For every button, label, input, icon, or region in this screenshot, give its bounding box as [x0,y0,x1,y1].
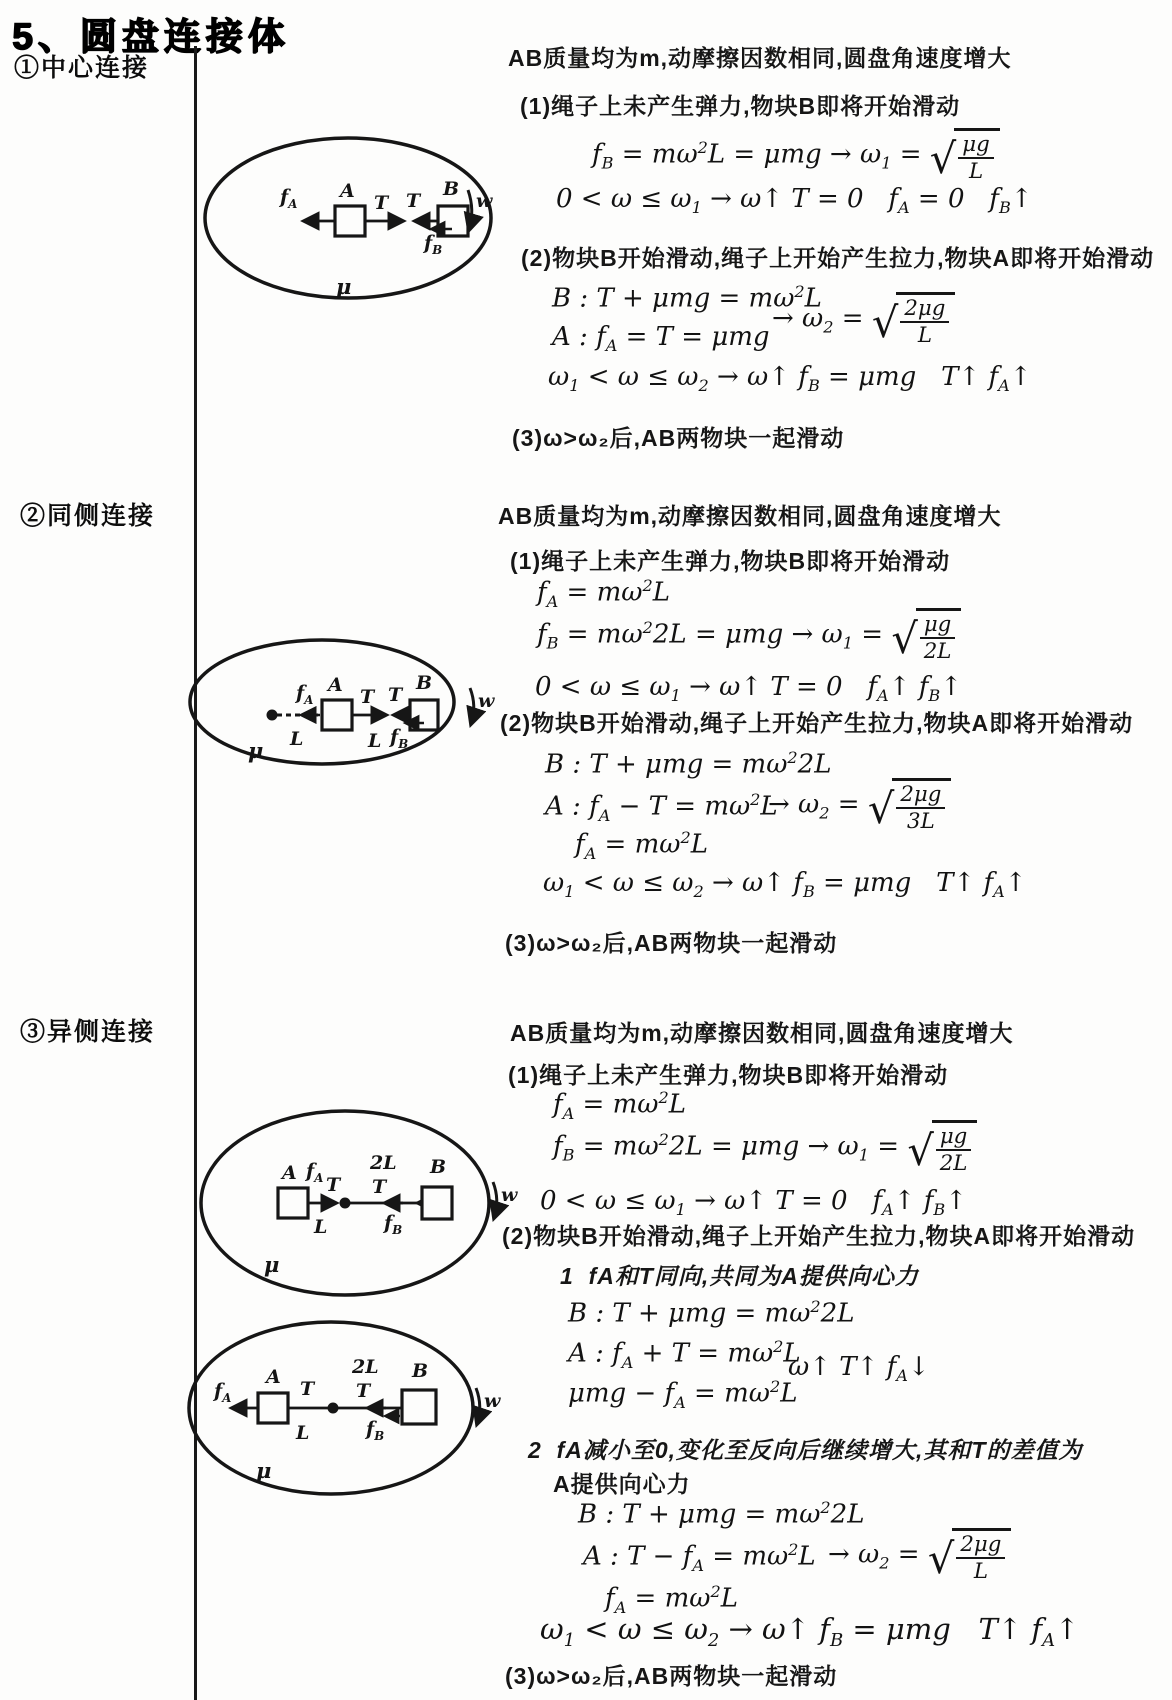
s2-eqW2: → ω2 = √2μg3L [768,778,951,833]
s2-step2: (2)物块B开始滑动,绳子上开始产生拉力,物块A即将开始滑动 [500,705,1133,738]
s2-header: AB质量均为m,动摩擦因数相同,圆盘角速度增大 [498,498,1001,531]
label-radius-l1: L [290,728,303,750]
label-tension-1: T [300,1378,314,1400]
disc-center-dot [328,1403,339,1414]
label-friction-a: fA [280,186,297,211]
s3-case2-eqB: B : T + μmg = mω22L [578,1498,864,1530]
label-block-a: A [340,180,355,202]
s3-eq3: 0 < ω ≤ ω1 → ω↑ T = 0 fA↑ fB↑ [540,1186,967,1219]
label-block-b: B [443,178,459,200]
label-friction-a: fA [306,1160,323,1185]
label-tension-2: T [356,1380,370,1402]
label-radius-l: L [314,1216,327,1238]
label-friction-b: fB [390,726,408,751]
omega-rotation-arrow [470,688,474,724]
label-radius-l2: L [368,730,381,752]
s3-header: AB质量均为m,动摩擦因数相同,圆盘角速度增大 [510,1015,1013,1048]
s1-step1: (1)绳子上未产生弹力,物块B即将开始滑动 [520,88,960,121]
s3-case1-eqB: B : T + μmg = mω22L [568,1297,854,1329]
label-radius-l: L [296,1422,309,1444]
label-tension-2: T [388,684,402,706]
s3-case1: 1 fA和T同向,共同为A提供向心力 [560,1258,919,1291]
disc-diagram-center-connection: A B fA T T fB μ w [196,128,506,308]
label-friction-a: fA [214,1380,231,1405]
label-friction-coefficient: μ [248,738,263,763]
label-radius-2l: 2L [352,1356,379,1378]
disc-diagram-opposite-side-2: fA A T 2L T B fB L μ w [186,1320,498,1502]
s1-eq3: ω1 < ω ≤ ω2 → ω↑ fB = μmg T↑ fA↑ [548,362,1032,395]
label-friction-b: fB [366,1418,384,1443]
label-angular-velocity: w [478,690,494,712]
block-a [322,700,352,730]
omega-rotation-arrow [493,1182,497,1218]
s2-step1: (1)绳子上未产生弹力,物块B即将开始滑动 [510,543,950,576]
disc-diagram-opposite-side-1: A fA T 2L T B fB L μ w [198,1108,510,1304]
label-angular-velocity: w [476,190,492,212]
label-friction-b: fB [424,232,442,257]
s3-eq1: fA = mω2L [553,1088,686,1123]
s3-case2-W2: → ω2 = √2μgL [828,1528,1011,1583]
block-b [422,1187,452,1219]
s2-eq4: ω1 < ω ≤ ω2 → ω↑ fB = μmg T↑ fA↑ [543,868,1027,901]
s3-step3: (3)ω>ω₂后,AB两物块一起滑动 [505,1658,837,1691]
label-friction-b: fB [384,1212,402,1237]
disc-diagram-3b-svg [186,1320,498,1502]
s1-step2: (2)物块B开始滑动,绳子上开始产生拉力,物块A即将开始滑动 [521,240,1154,273]
block-b [402,1390,436,1424]
label-radius-2l: 2L [370,1152,397,1174]
omega-rotation-arrow [476,1388,480,1424]
s3-case1-trend: ω↑ T↑ fA↓ [788,1352,930,1385]
label-angular-velocity: w [501,1184,517,1206]
label-block-b: B [430,1156,446,1178]
section2-label: ②同侧连接 [20,496,155,532]
s1-eq2: 0 < ω ≤ ω1 → ω↑ T = 0 fA = 0 fB↑ [556,184,1033,217]
s3-case1-eqA: A : fA + T = mω2L [568,1337,801,1372]
label-block-b: B [416,672,432,694]
label-tension-1: T [374,192,388,214]
label-tension-2: T [372,1176,386,1198]
label-friction-coefficient: μ [256,1458,271,1483]
s3-case2-eqA: A : T − fA = mω2L [583,1540,816,1575]
s3-step1: (1)绳子上未产生弹力,物块B即将开始滑动 [508,1057,948,1090]
s1-step3: (3)ω>ω₂后,AB两物块一起滑动 [512,420,844,453]
block-a [335,206,365,236]
s3-case1-eq3: μmg − fA = mω2L [568,1377,797,1412]
label-friction-coefficient: μ [264,1252,279,1277]
s3-case2: 2 fA减小至0,变化至反向后继续增大,其和T的差值为 [528,1432,1082,1465]
disc-diagram-3a-svg [198,1108,510,1304]
s2-eqA: A : fA − T = mω2L [545,790,778,825]
s2-eqB: B : T + μmg = mω22L [545,748,831,780]
label-angular-velocity: w [484,1390,500,1412]
label-block-a: A [328,674,343,696]
s1-header: AB质量均为m,动摩擦因数相同,圆盘角速度增大 [508,40,1011,73]
s1-eqA: A : fA = T = μmg [552,322,770,355]
disc-center-dot [340,1198,351,1209]
block-a [278,1188,308,1218]
section1-label: ①中心连接 [14,48,149,84]
label-block-a: A [282,1162,297,1184]
s2-eq1: fA = mω2L [537,576,670,611]
label-tension-2: T [406,190,420,212]
s1-eqW2: → ω2 = √2μgL [772,292,955,347]
label-tension-1: T [360,686,374,708]
s2-eq3: 0 < ω ≤ ω1 → ω↑ T = 0 fA↑ fB↑ [535,672,962,705]
block-b [410,700,438,730]
notes-page: 5、圆盘连接体 ①中心连接 ②同侧连接 ③异侧连接 AB质量均为m,动摩擦因数相… [0,0,1172,1700]
label-friction-coefficient: μ [336,274,351,299]
s3-eq2: fB = mω22L = μmg → ω1 = √μg2L [553,1120,977,1175]
disc-diagram-same-side: fA A T T B fB L L μ w [186,592,496,772]
disc-center-dot [267,710,278,721]
block-b [438,206,468,236]
label-block-b: B [412,1360,428,1382]
s3-step2: (2)物块B开始滑动,绳子上开始产生拉力,物块A即将开始滑动 [502,1218,1135,1251]
s2-eq2: fB = mω22L = μmg → ω1 = √μg2L [537,608,961,663]
section3-label: ③异侧连接 [20,1012,155,1048]
s1-eq1: fB = mω2L = μmg → ω1 = √μgL [592,128,1000,183]
block-a [258,1393,288,1423]
label-block-a: A [266,1366,281,1388]
s2-eqA2: fA = mω2L [575,828,708,863]
label-friction-a: fA [296,682,313,707]
s3-eq4: ω1 < ω ≤ ω2 → ω↑ fB = μmg T↑ fA↑ [540,1612,1079,1651]
label-tension-1: T [326,1174,340,1196]
s2-step3: (3)ω>ω₂后,AB两物块一起滑动 [505,925,837,958]
s3-case2b: A提供向心力 [553,1466,691,1499]
